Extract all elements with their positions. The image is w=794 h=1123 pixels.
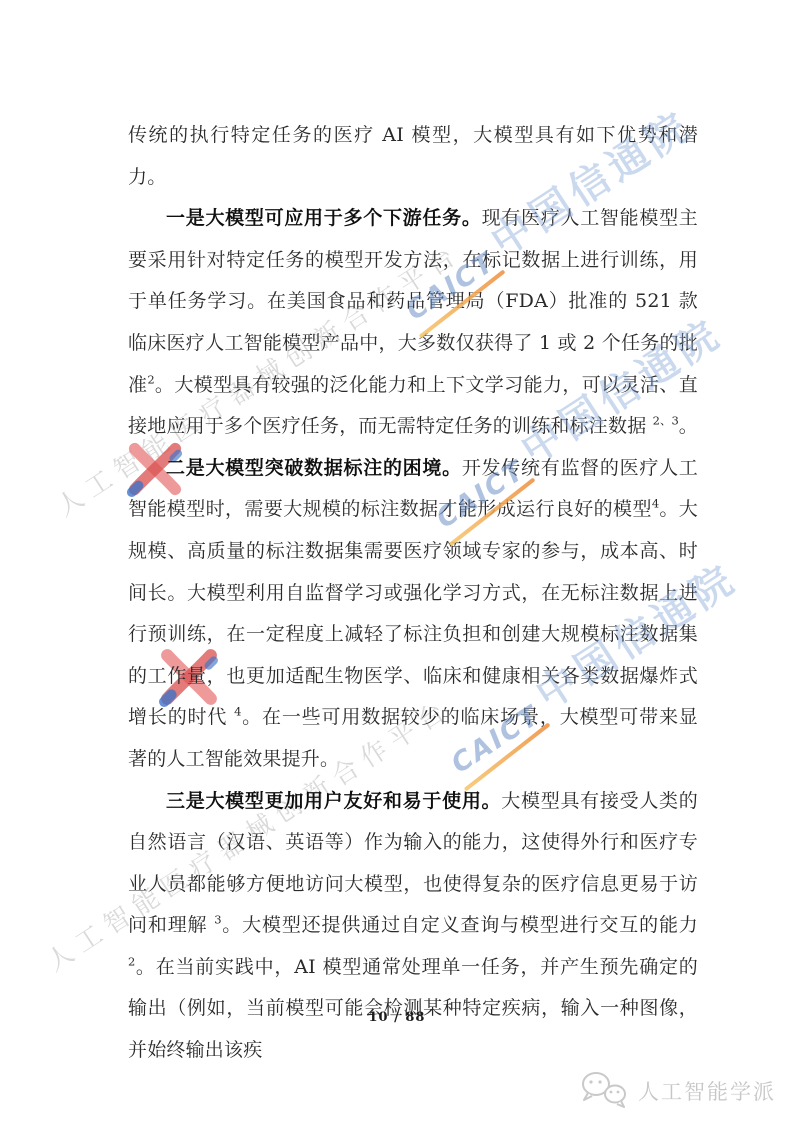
paragraph: 二是大模型突破数据标注的困境。开发传统有监督的医疗人工智能模型时，需要大规模的标… (128, 448, 698, 781)
paragraph-text: 。 (679, 415, 698, 437)
paragraph: 传统的执行特定任务的医疗 AI 模型，大模型具有如下优势和潜力。 (128, 115, 698, 198)
paragraph-text: 。大模型还提供通过自定义查询与模型进行交互的能力 (222, 914, 698, 936)
wechat-icon (580, 1070, 630, 1112)
paragraph-text: 。大模型具有较强的泛化能力和上下文学习能力，可以灵活、直接地应用于多个医疗任务，… (128, 374, 698, 438)
paragraph-lead-bold: 二是大模型突破数据标注的困境。 (166, 457, 462, 479)
channel-brand: 人工智能学派 (580, 1070, 776, 1112)
footnote-ref: 3 (214, 913, 221, 927)
paragraph-text: 。大规模、高质量的标注数据集需要医疗领域专家的参与，成本高、时间长。大模型利用自… (128, 498, 698, 728)
paragraph: 三是大模型更加用户友好和易于使用。大模型具有接受人类的自然语言（汉语、英语等）作… (128, 781, 698, 1072)
paragraph-text: 传统的执行特定任务的医疗 AI 模型，大模型具有如下优势和潜力。 (128, 124, 698, 188)
document-body: 传统的执行特定任务的医疗 AI 模型，大模型具有如下优势和潜力。一是大模型可应用… (128, 115, 698, 1072)
paragraph-lead-bold: 一是大模型可应用于多个下游任务。 (166, 207, 482, 229)
page-footer: 10 / 88 (0, 1006, 794, 1025)
document-page: 人工智能医疗器械创新合作平台 人工智能医疗器械创新合作平台 CAICT 中国信通… (0, 0, 794, 1123)
paragraph: 一是大模型可应用于多个下游任务。现有医疗人工智能模型主要采用针对特定任务的模型开… (128, 198, 698, 448)
footnote-ref: 2 (147, 372, 154, 386)
paragraph-lead-bold: 三是大模型更加用户友好和易于使用。 (166, 790, 501, 812)
channel-brand-label: 人工智能学派 (638, 1076, 776, 1106)
footnote-ref: 2、3 (653, 414, 679, 428)
paragraph-text: 现有医疗人工智能模型主要采用针对特定任务的模型开发方法，在标记数据上进行训练，用… (128, 207, 698, 395)
page-number: 10 / 88 (369, 1010, 426, 1025)
